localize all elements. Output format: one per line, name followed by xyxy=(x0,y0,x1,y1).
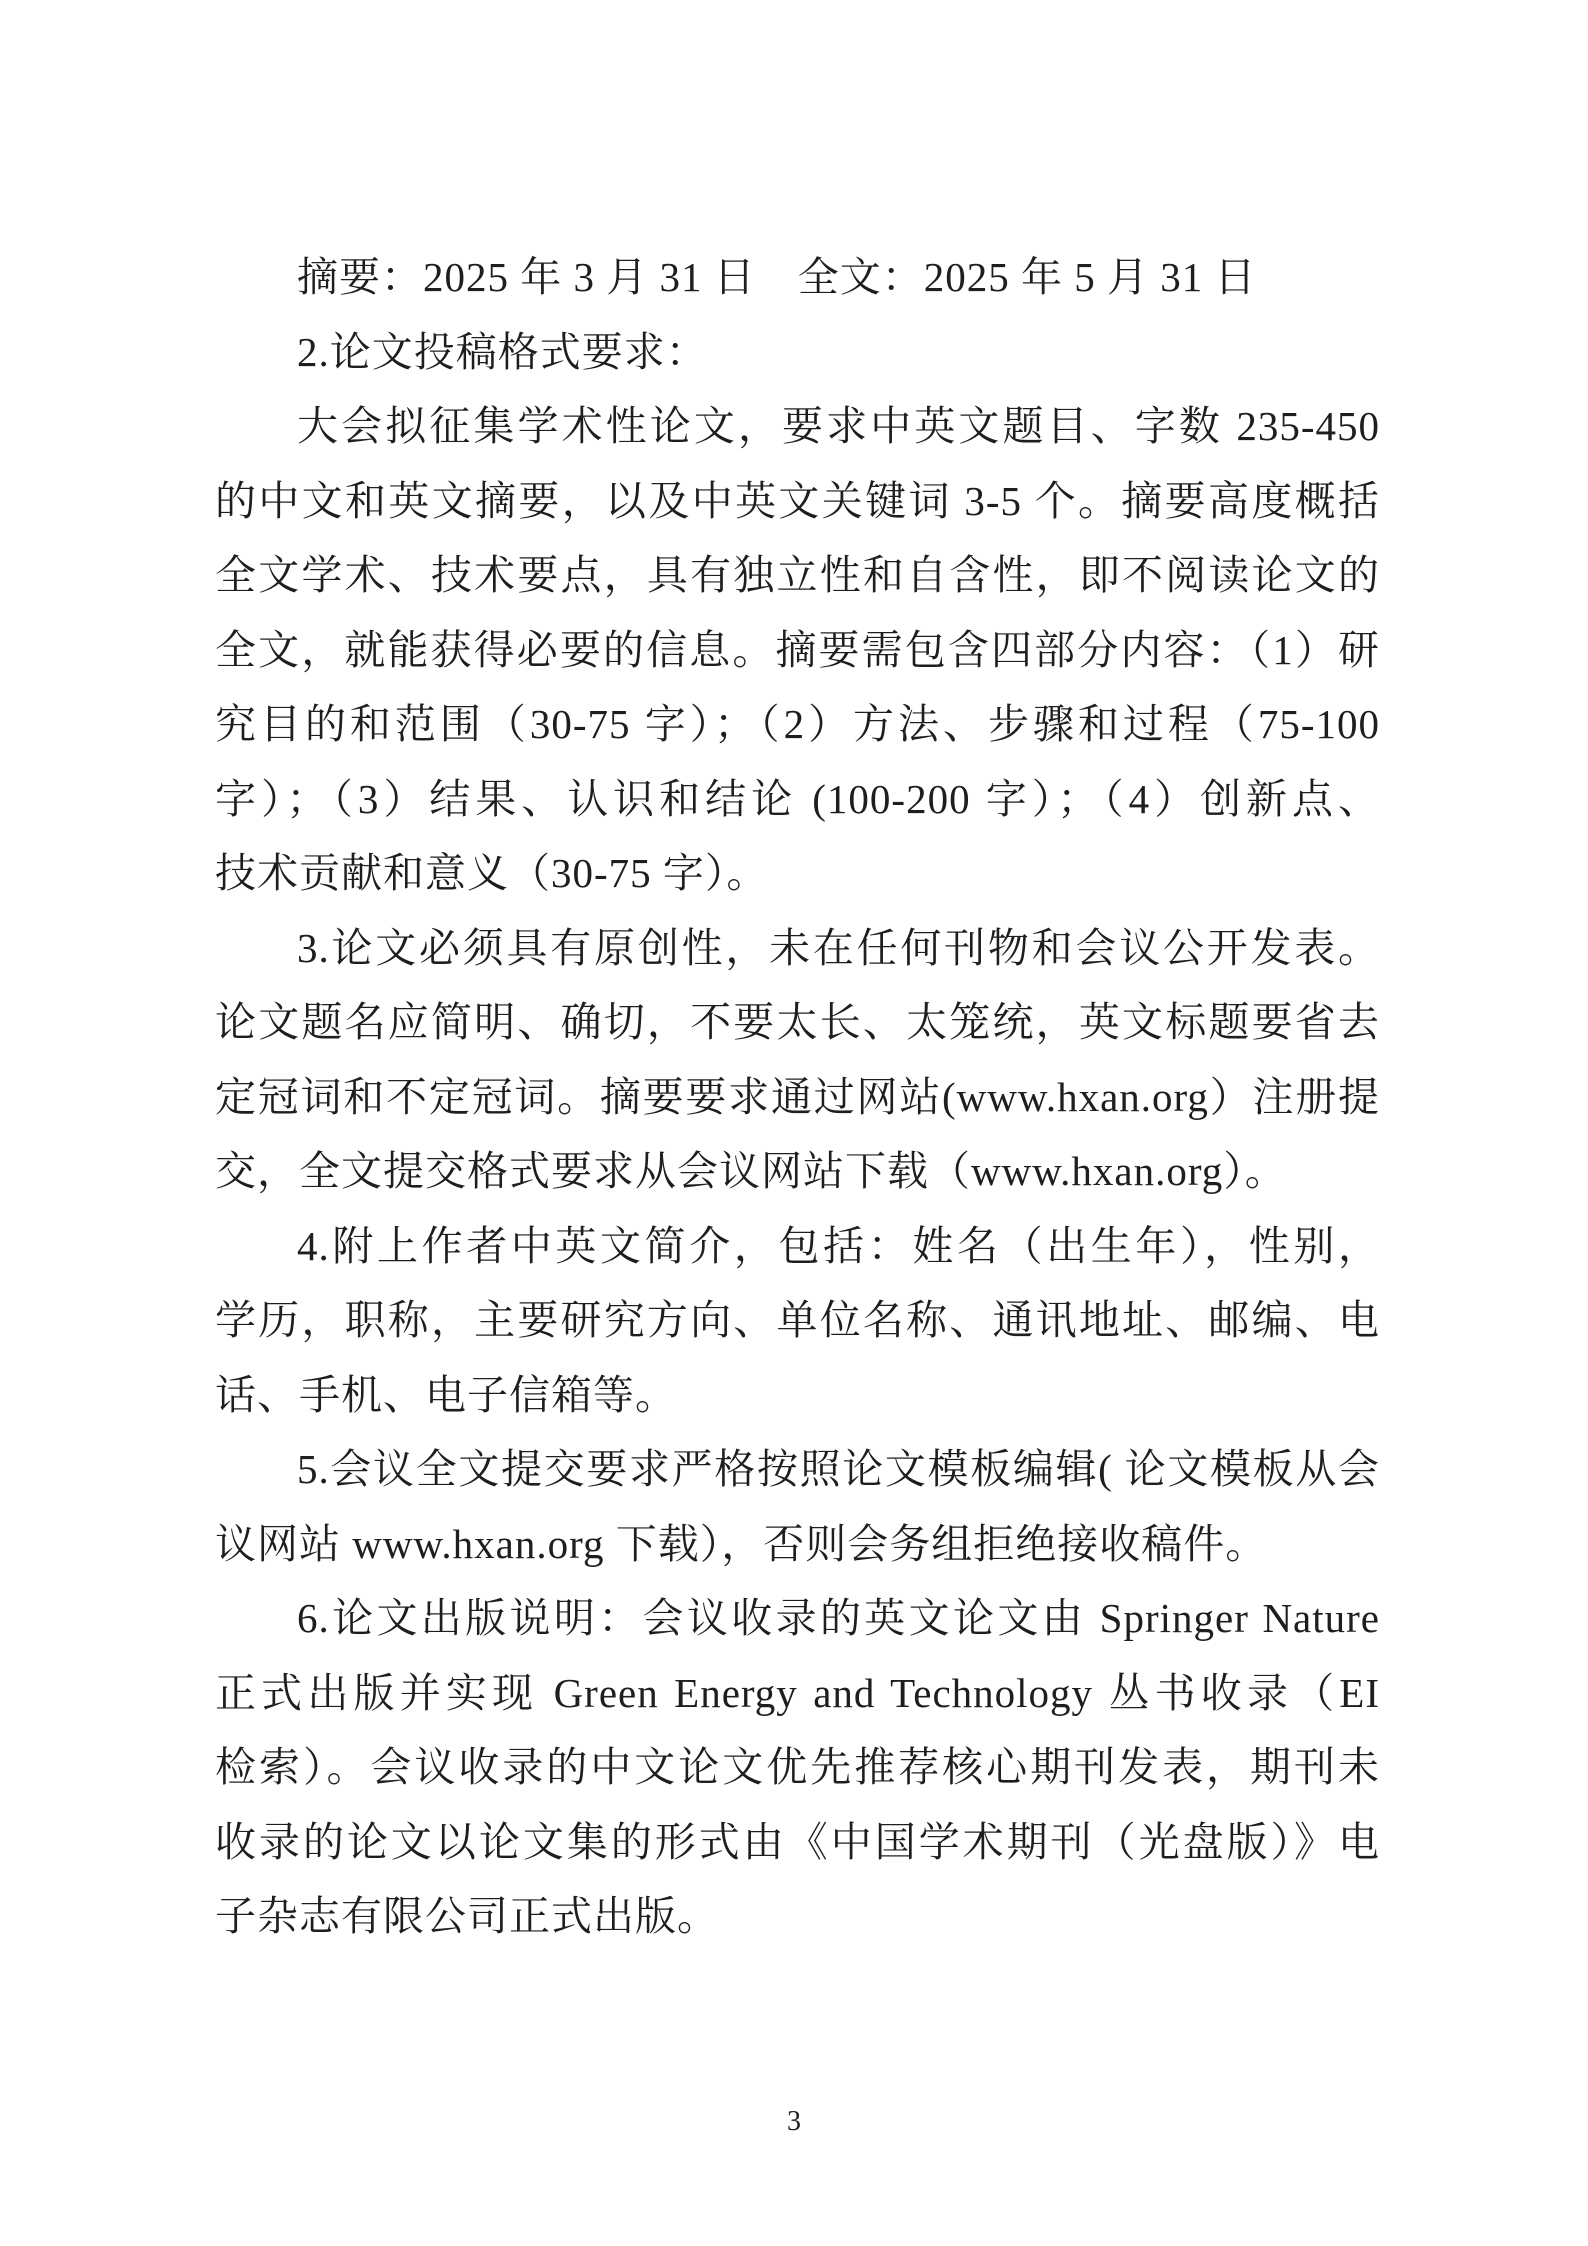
document-page: 摘要：2025 年 3 月 31 日 全文：2025 年 5 月 31 日2.论… xyxy=(0,0,1588,2246)
text-line: 交，全文提交格式要求从会议网站下载（www.hxan.org）。 xyxy=(215,1134,1380,1209)
text-line: 检索）。会议收录的中文论文优先推荐核心期刊发表，期刊未 xyxy=(215,1730,1380,1805)
text-line: 4.附上作者中英文简介，包括：姓名（出生年），性别， xyxy=(215,1209,1380,1284)
text-line: 正式出版并实现 Green Energy and Technology 丛书收录… xyxy=(215,1656,1380,1731)
text-line: 全文学术、技术要点，具有独立性和自含性，即不阅读论文的 xyxy=(215,538,1380,613)
text-line: 定冠词和不定冠词。摘要要求通过网站(www.hxan.org）注册提 xyxy=(215,1060,1380,1135)
text-line: 子杂志有限公司正式出版。 xyxy=(215,1879,1380,1954)
text-line: 究目的和范围（30-75 字）；（2）方法、步骤和过程（75-100 xyxy=(215,687,1380,762)
page-number: 3 xyxy=(0,2106,1588,2138)
text-line: 学历，职称，主要研究方向、单位名称、通讯地址、邮编、电 xyxy=(215,1283,1380,1358)
text-line: 大会拟征集学术性论文，要求中英文题目、字数 235-450 xyxy=(215,389,1380,464)
text-line: 字）；（3）结果、认识和结论 (100-200 字）；（4）创新点、 xyxy=(215,762,1380,837)
text-line: 论文题名应简明、确切，不要太长、太笼统，英文标题要省去 xyxy=(215,985,1380,1060)
text-line: 议网站 www.hxan.org 下载），否则会务组拒绝接收稿件。 xyxy=(215,1507,1380,1582)
text-line: 6.论文出版说明：会议收录的英文论文由 Springer Nature xyxy=(215,1581,1380,1656)
text-line: 技术贡献和意义（30-75 字）。 xyxy=(215,836,1380,911)
text-line: 的中文和英文摘要，以及中英文关键词 3-5 个。摘要高度概括 xyxy=(215,464,1380,539)
text-line: 收录的论文以论文集的形式由《中国学术期刊（光盘版）》电 xyxy=(215,1805,1380,1880)
text-line: 2.论文投稿格式要求： xyxy=(215,315,1380,390)
text-line: 摘要：2025 年 3 月 31 日 全文：2025 年 5 月 31 日 xyxy=(215,240,1380,315)
text-line: 话、手机、电子信箱等。 xyxy=(215,1358,1380,1433)
text-line: 全文，就能获得必要的信息。摘要需包含四部分内容：（1）研 xyxy=(215,613,1380,688)
text-line: 3.论文必须具有原创性，未在任何刊物和会议公开发表。 xyxy=(215,911,1380,986)
document-body: 摘要：2025 年 3 月 31 日 全文：2025 年 5 月 31 日2.论… xyxy=(215,240,1380,1954)
text-line: 5.会议全文提交要求严格按照论文模板编辑( 论文模板从会 xyxy=(215,1432,1380,1507)
